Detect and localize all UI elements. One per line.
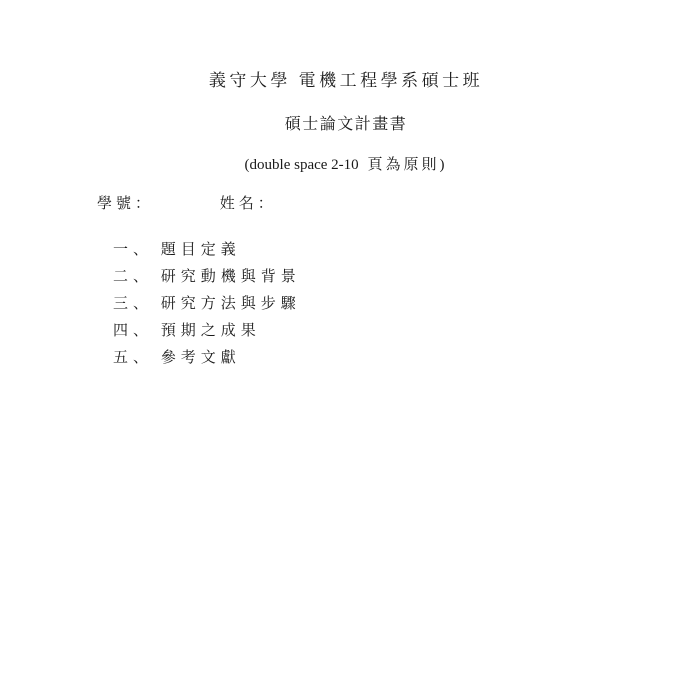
- format-note: (double space 2-10 頁為原則): [10, 157, 682, 174]
- outline-item-5-number: 五、: [113, 345, 157, 372]
- document-subtitle: 碩士論文計畫書: [10, 116, 682, 133]
- outline-item-2: 二、 研究動機與背景: [113, 264, 301, 291]
- outline-item-2-number: 二、: [113, 264, 157, 291]
- outline-item-4: 四、 預期之成果: [113, 318, 301, 345]
- outline-item-4-number: 四、: [113, 318, 157, 345]
- outline-item-5-label: 參考文獻: [161, 350, 241, 366]
- outline-item-3: 三、 研究方法與步驟: [113, 291, 301, 318]
- outline-item-3-number: 三、: [113, 291, 157, 318]
- format-note-english: (double space 2-10: [245, 157, 359, 173]
- outline-item-1-number: 一、: [113, 237, 157, 264]
- outline-list: 一、 題目定義 二、 研究動機與背景 三、 研究方法與步驟 四、 預期之成果 五…: [113, 237, 301, 372]
- outline-item-1-label: 題目定義: [161, 242, 241, 258]
- outline-item-2-label: 研究動機與背景: [161, 269, 301, 285]
- document-page: 義守大學 電機工程學系碩士班 碩士論文計畫書 (double space 2-1…: [0, 0, 682, 695]
- outline-item-5: 五、 參考文獻: [113, 345, 301, 372]
- student-id-label: 學號：: [97, 196, 154, 212]
- document-title: 義守大學 電機工程學系碩士班: [10, 72, 682, 90]
- outline-item-4-label: 預期之成果: [161, 323, 261, 339]
- outline-item-1: 一、 題目定義: [113, 237, 301, 264]
- name-label: 姓名：: [220, 196, 277, 212]
- outline-item-3-label: 研究方法與步驟: [161, 296, 301, 312]
- student-info-line: 學號： 姓名：: [97, 196, 277, 213]
- format-note-chinese: 頁為原則): [367, 157, 447, 173]
